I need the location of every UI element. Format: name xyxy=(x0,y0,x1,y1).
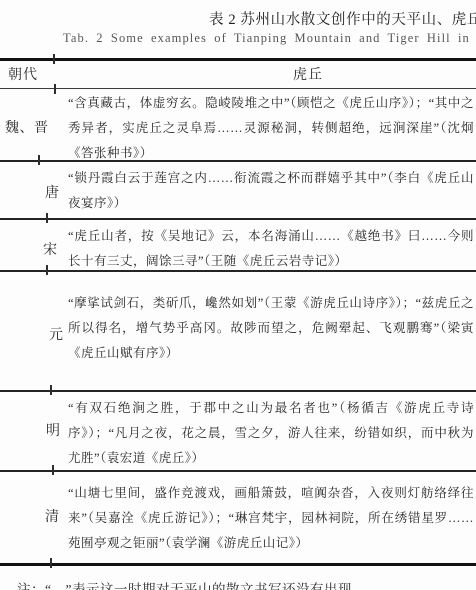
table-rule-row4 xyxy=(0,390,476,392)
column-divider-tick xyxy=(38,155,40,165)
dynasty-label-tang: 唐 xyxy=(45,182,61,202)
dynasty-label-yuan: 元 xyxy=(49,324,65,344)
dynasty-label-song: 宋 xyxy=(43,239,59,259)
table-cell-yuan: “摩挲试剑石，类斫爪，巉然如划”（王蒙《游虎丘山诗序》）；“兹虎丘之所以得名，增… xyxy=(68,291,474,366)
column-divider-tick xyxy=(54,84,56,94)
table-rule-top xyxy=(0,58,476,61)
column-divider-tick xyxy=(50,385,52,395)
table-footnote: 注：“—”表示这一时期对天平山的散文书写还没有出现 xyxy=(17,578,352,590)
header-huqiu: 虎丘 xyxy=(293,64,323,84)
table-cell-song: “虎丘山者，按《吴地记》云，本名海涌山……《越绝书》曰……今则长十有三丈，阔馀三… xyxy=(68,224,474,274)
table-rule-row2 xyxy=(0,218,476,220)
column-divider-tick xyxy=(50,558,52,568)
table-title-english: Tab. 2 Some examples of Tianping Mountai… xyxy=(63,31,470,46)
table-rule-header xyxy=(0,88,476,89)
column-divider-tick xyxy=(46,265,48,275)
table-title-chinese: 表 2 苏州山水散文创作中的天平山、虎丘 xyxy=(209,8,476,29)
table-cell-qing: “山塘七里间，盛作竞渡戏，画船箫鼓，喧阗杂沓，入夜则灯舫络绎往来”（吴嘉洤《虎丘… xyxy=(68,481,474,556)
table-cell-tang: “锁丹霞白云于莲宫之内……衔流霞之杯而群嬉乎其中”（李白《虎丘山夜宴序》） xyxy=(68,166,474,216)
column-divider-tick xyxy=(53,54,55,64)
dynasty-label-qing: 清 xyxy=(45,506,61,526)
dynasty-label-weijin: 魏、晋 xyxy=(5,117,49,137)
table-rule-bottom xyxy=(0,563,476,566)
dynasty-label-ming: 明 xyxy=(46,420,62,440)
table-cell-weijin: “含真藏古，体虚穷玄。隐崚陵堆之中”（顾恺之《虎丘山序》）；“其中之秀异者，实虎… xyxy=(68,91,474,166)
table-cell-ming: “有双石绝涧之胜，于郡中之山为最名者也”（杨循吉《游虎丘寺诗序》）；“凡月之夜，… xyxy=(68,396,474,471)
column-divider-tick xyxy=(46,213,48,223)
paper-page: 表 2 苏州山水散文创作中的天平山、虎丘 Tab. 2 Some example… xyxy=(0,0,476,590)
column-divider-tick xyxy=(52,465,54,475)
header-dynasty: 朝代 xyxy=(8,64,38,84)
